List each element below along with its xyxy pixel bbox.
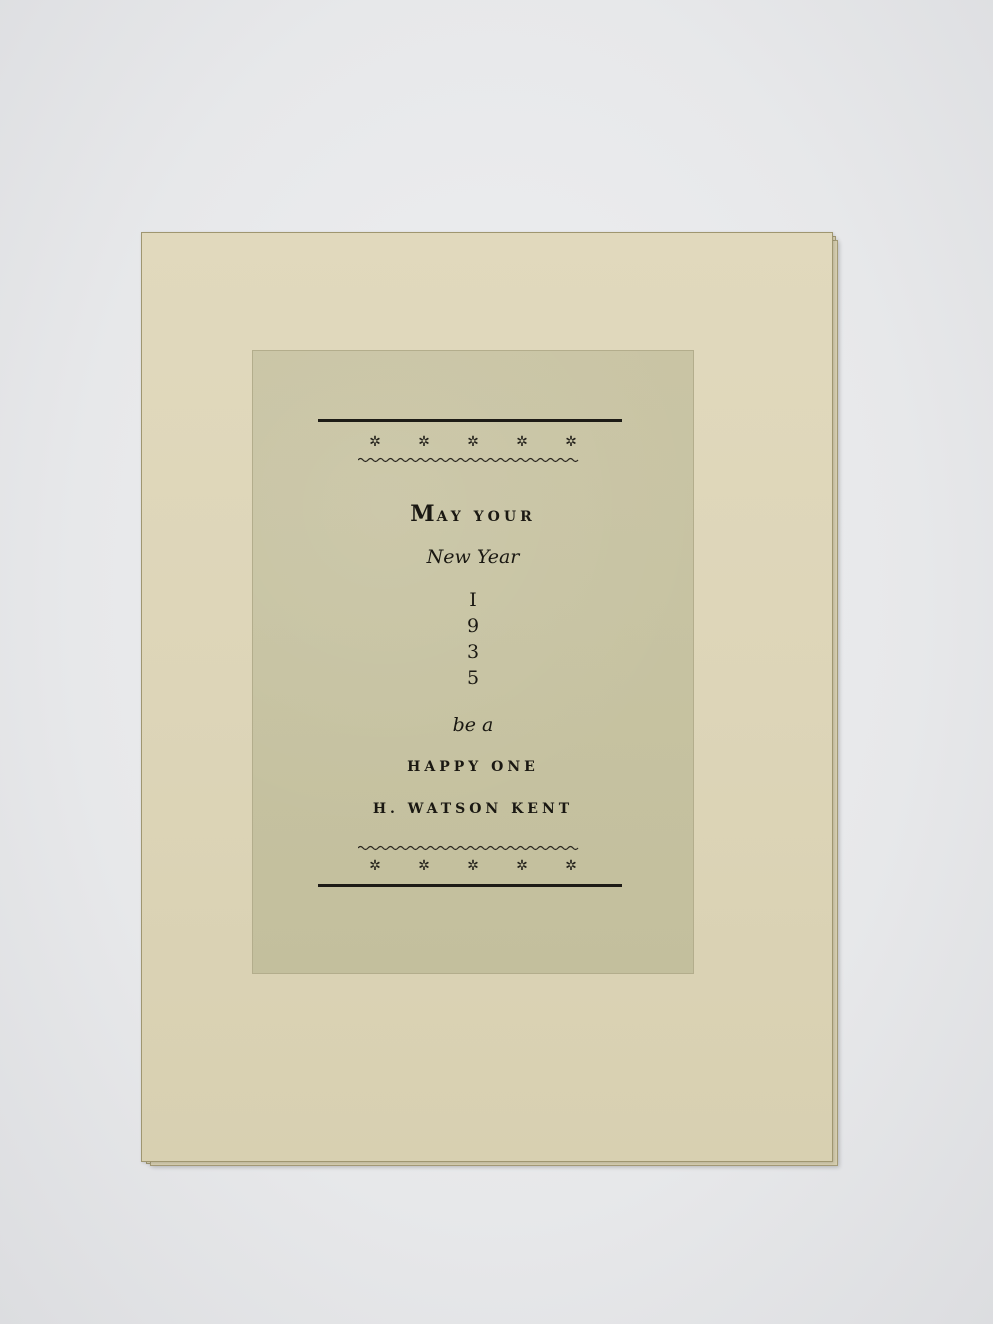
star-ornament-icon: ✲ — [466, 435, 481, 449]
year-digit-2: 9 — [253, 615, 693, 637]
star-ornament-icon: ✲ — [515, 435, 530, 449]
top-star-row: ✲ ✲ ✲ ✲ ✲ — [253, 435, 693, 449]
star-ornament-icon: ✲ — [417, 859, 432, 873]
line-new-year: New Year — [253, 546, 693, 568]
wavy-rule-bottom — [358, 845, 580, 851]
star-ornament-icon: ✲ — [466, 859, 481, 873]
top-rule — [318, 419, 622, 422]
star-ornament-icon: ✲ — [368, 859, 383, 873]
line-may-your: MAY YOUR — [253, 501, 693, 527]
printed-plate: ✲ ✲ ✲ ✲ ✲ MAY YOUR New Year I 9 3 5 be a… — [252, 350, 694, 974]
year-digit-4: 5 — [253, 667, 693, 689]
star-ornament-icon: ✲ — [368, 435, 383, 449]
star-ornament-icon: ✲ — [515, 859, 530, 873]
line-be-a: be a — [253, 714, 693, 736]
year-digit-3: 3 — [253, 641, 693, 663]
greeting-card: ✲ ✲ ✲ ✲ ✲ MAY YOUR New Year I 9 3 5 be a… — [141, 232, 833, 1162]
wavy-rule-top — [358, 457, 580, 463]
bottom-star-row: ✲ ✲ ✲ ✲ ✲ — [253, 859, 693, 873]
signature: H. WATSON KENT — [253, 801, 693, 817]
bottom-rule — [318, 884, 622, 887]
star-ornament-icon: ✲ — [564, 859, 579, 873]
star-ornament-icon: ✲ — [564, 435, 579, 449]
line-happy-one: HAPPY ONE — [253, 759, 693, 775]
year-digit-1: I — [253, 589, 693, 611]
star-ornament-icon: ✲ — [417, 435, 432, 449]
